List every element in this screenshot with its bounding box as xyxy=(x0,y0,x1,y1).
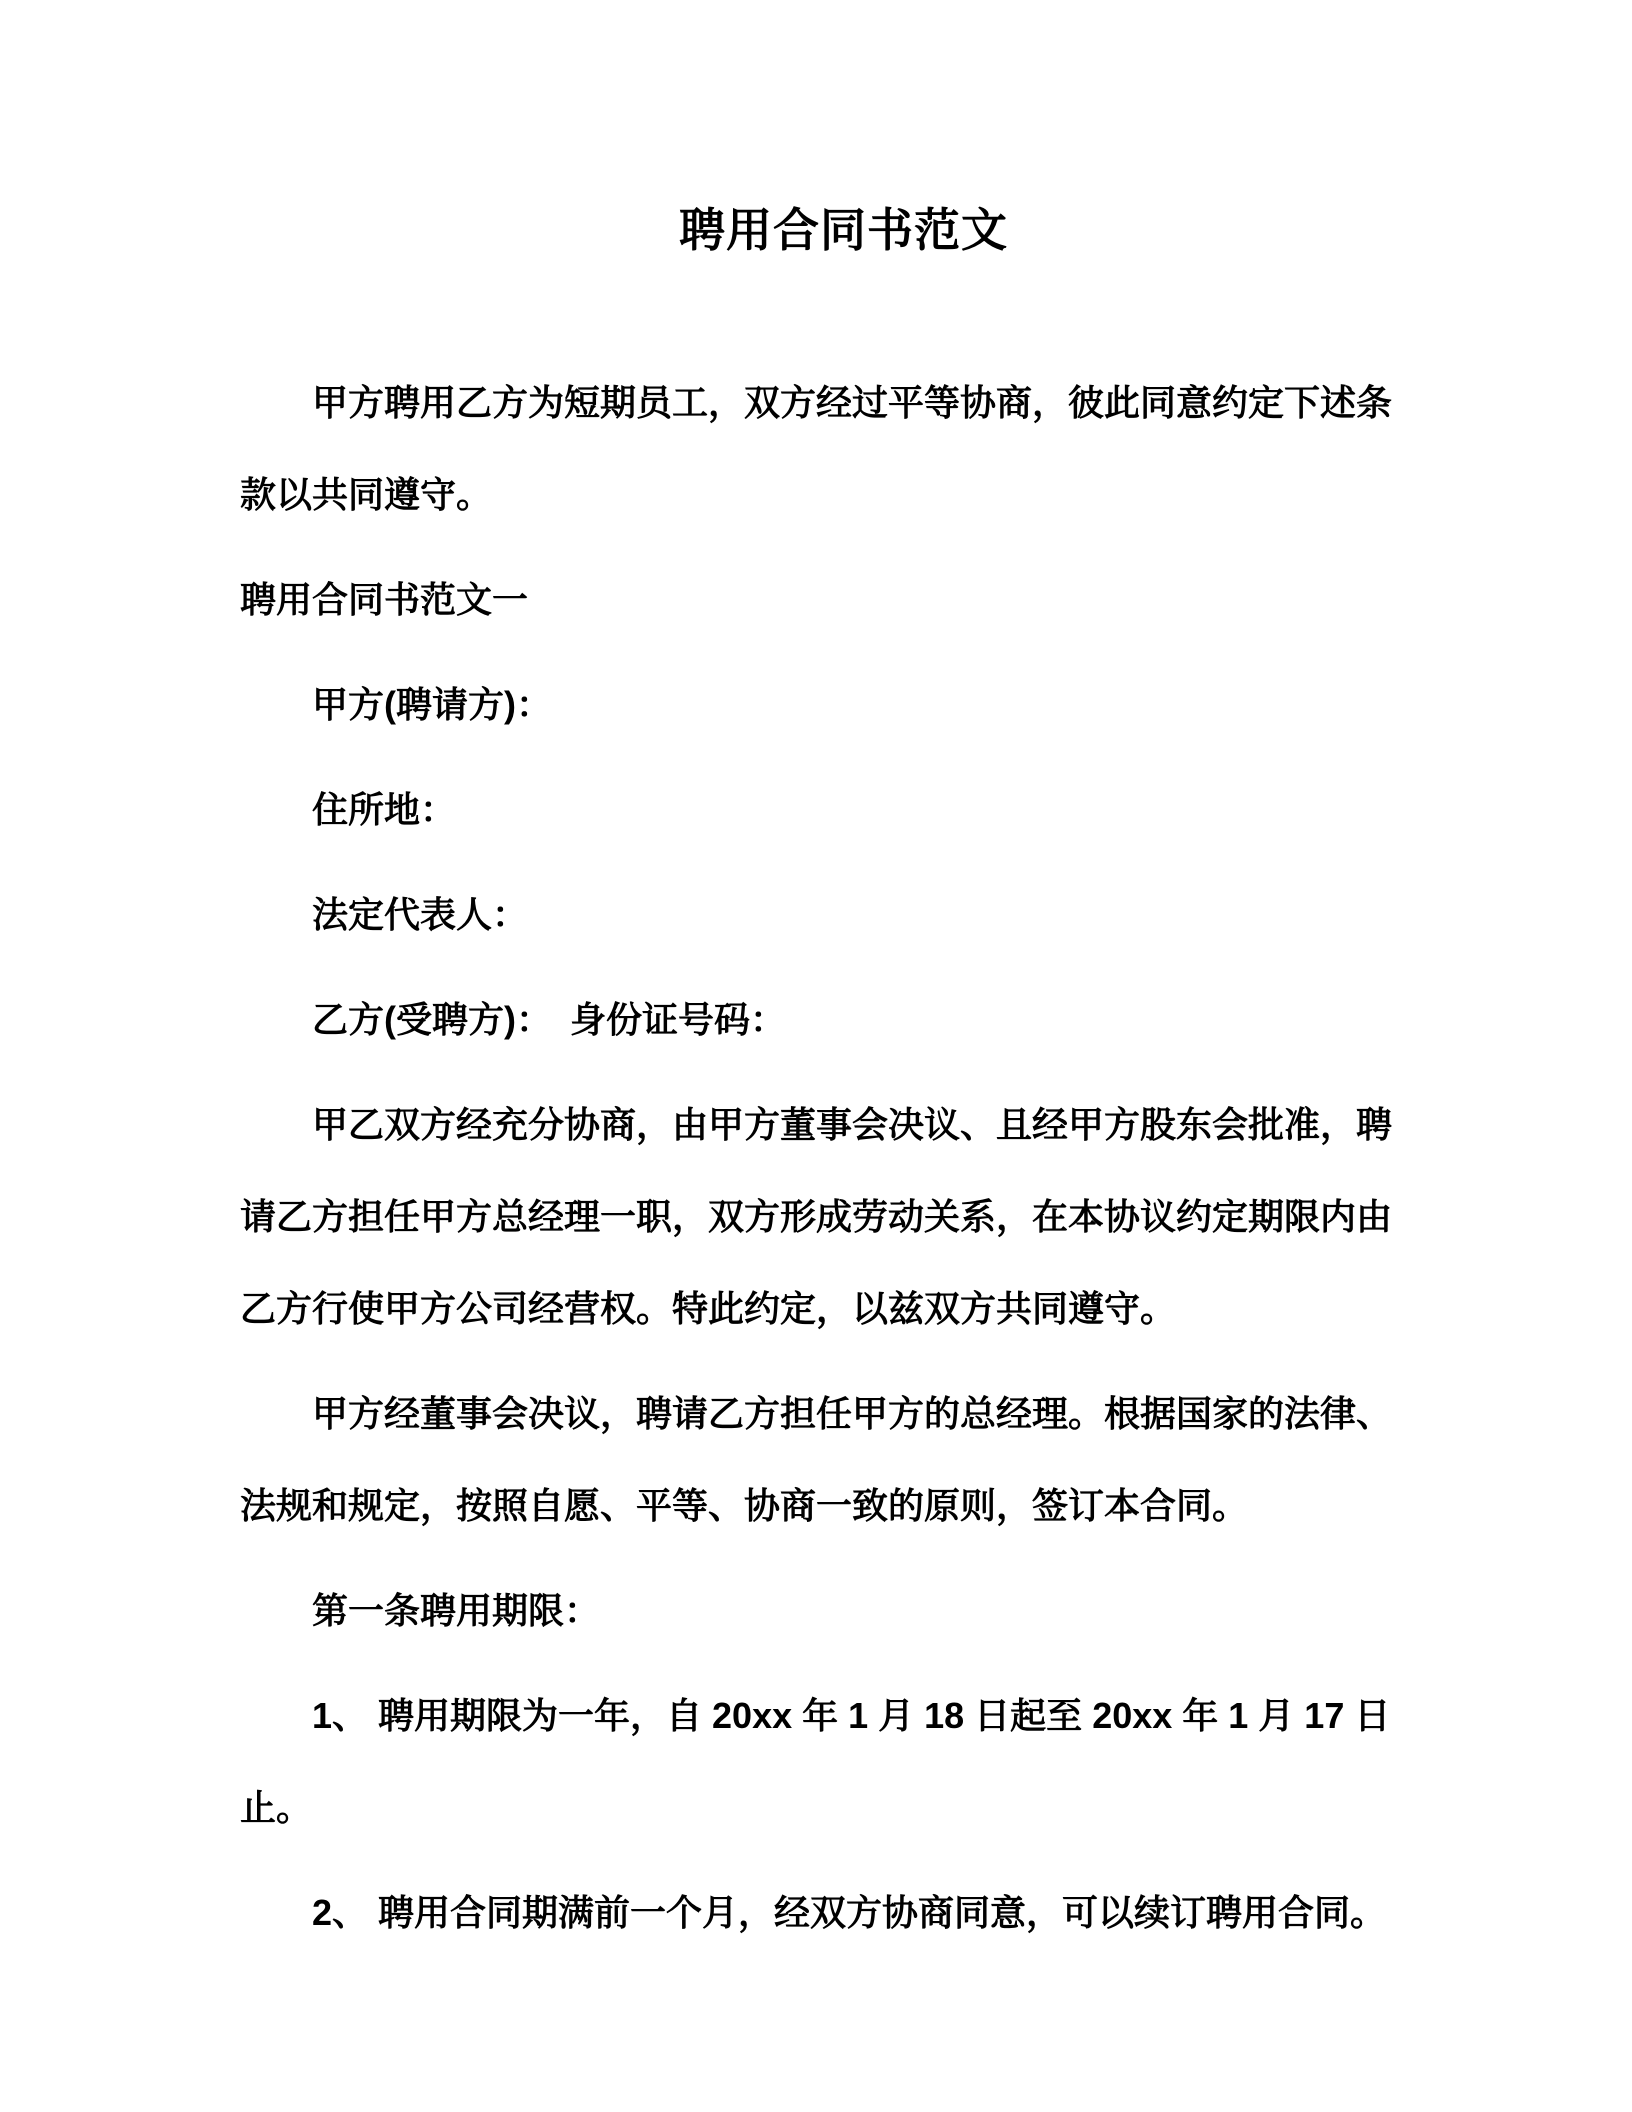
field-domicile: 住所地： xyxy=(240,764,1410,856)
field-party-a: 甲方(聘请方)： xyxy=(240,659,1410,751)
document-title: 聘用合同书范文 xyxy=(240,195,1447,265)
paragraph-preamble: 甲方聘用乙方为短期员工，双方经过平等协商，彼此同意约定下述条款以共同遵守。 xyxy=(240,357,1410,541)
paragraph-agreement: 甲乙双方经充分协商，由甲方董事会决议、且经甲方股东会批准，聘请乙方担任甲方总经理… xyxy=(240,1079,1410,1355)
subtitle-sample-one: 聘用合同书范文一 xyxy=(240,554,1410,646)
clause-1: 1、 聘用期限为一年，自 20xx 年 1 月 18 日起至 20xx 年 1 … xyxy=(240,1670,1410,1854)
paragraph-board-resolution: 甲方经董事会决议，聘请乙方担任甲方的总经理。根据国家的法律、法规和规定，按照自愿… xyxy=(240,1368,1410,1552)
clause-2: 2、 聘用合同期满前一个月，经双方协商同意，可以续订聘用合同。 xyxy=(240,1867,1410,1959)
document-page: 聘用合同书范文 甲方聘用乙方为短期员工，双方经过平等协商，彼此同意约定下述条款以… xyxy=(0,0,1632,2112)
field-legal-representative: 法定代表人： xyxy=(240,869,1410,961)
field-party-b: 乙方(受聘方)： 身份证号码： xyxy=(240,974,1410,1066)
heading-article-1: 第一条聘用期限： xyxy=(240,1565,1410,1657)
